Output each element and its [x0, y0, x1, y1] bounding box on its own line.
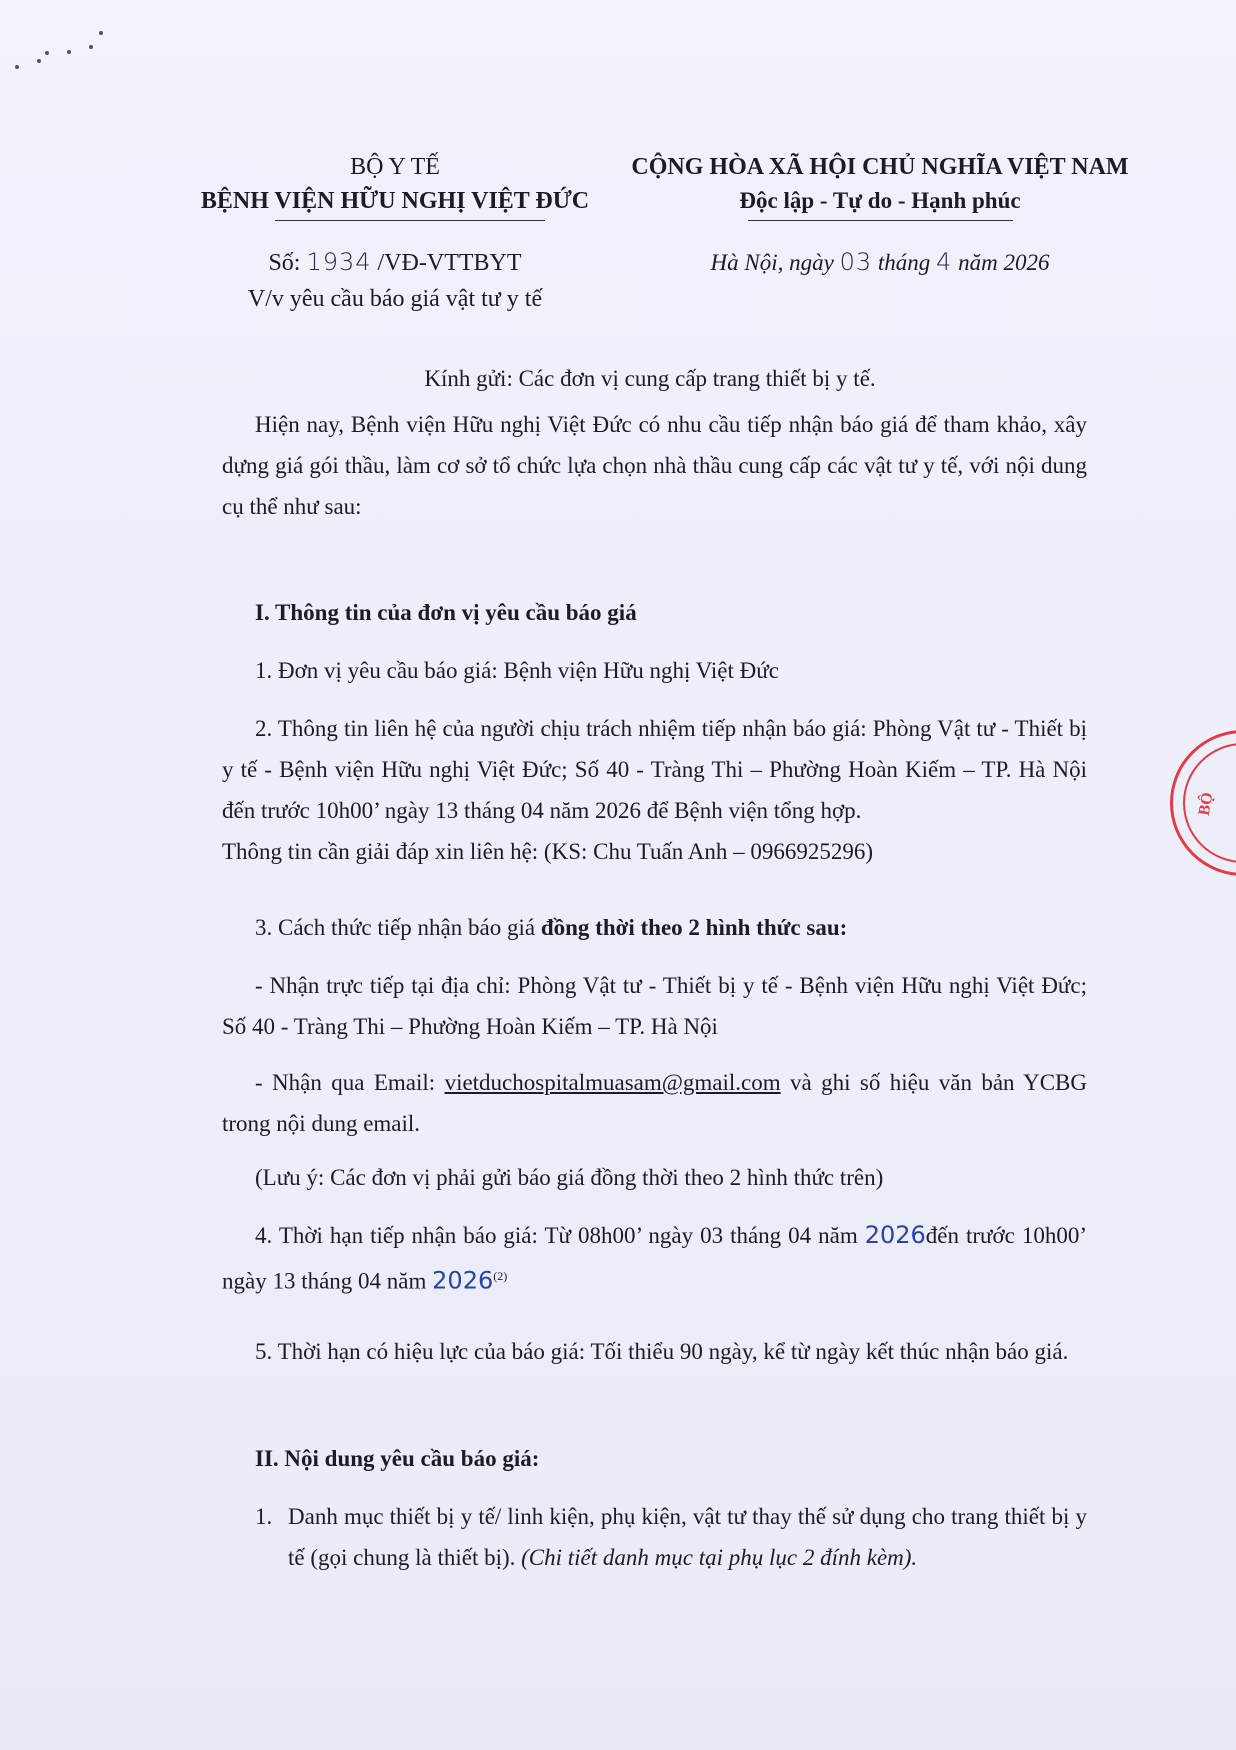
ministry-name: BỘ Y TẾ	[180, 150, 610, 184]
section-1-item-1: 1. Đơn vị yêu cầu báo giá: Bệnh viện Hữu…	[222, 650, 1087, 691]
item-number: 1.	[255, 1496, 272, 1537]
national-motto: Độc lập - Tự do - Hạnh phúc	[615, 184, 1145, 218]
direct-delivery: - Nhận trực tiếp tại địa chỉ: Phòng Vật …	[222, 965, 1087, 1047]
note: (Lưu ý: Các đơn vị phải gửi báo giá đồng…	[222, 1157, 1087, 1198]
email-link[interactable]: vietduchospitalmuasam@gmail.com	[445, 1070, 781, 1095]
email-delivery: - Nhận qua Email: vietduchospitalmuasam@…	[222, 1062, 1087, 1144]
section-1-item-2: 2. Thông tin liên hệ của người chịu trác…	[222, 708, 1087, 831]
section-1-item-5: 5. Thời hạn có hiệu lực của báo giá: Tối…	[222, 1331, 1087, 1372]
date-month-label: tháng	[878, 250, 930, 275]
number-label: Số:	[268, 250, 300, 276]
item-4-start: 4. Thời hạn tiếp nhận báo giá: Từ 08h00’…	[255, 1223, 865, 1248]
section-2: II. Nội dung yêu cầu báo giá:	[222, 1438, 1087, 1479]
email-prefix: - Nhận qua Email:	[255, 1070, 445, 1095]
contact-line: Thông tin cần giải đáp xin liên hệ: (KS:…	[222, 831, 1087, 872]
country-name: CỘNG HÒA XÃ HỘI CHỦ NGHĨA VIỆT NAM	[615, 150, 1145, 184]
item-3-bold: đồng thời theo 2 hình thức sau:	[541, 915, 847, 940]
hospital-name: BỆNH VIỆN HỮU NGHỊ VIỆT ĐỨC	[180, 184, 610, 218]
issuer-block: BỘ Y TẾ BỆNH VIỆN HỮU NGHỊ VIỆT ĐỨC	[180, 150, 610, 221]
item-3-prefix: 3. Cách thức tiếp nhận báo giá	[255, 915, 541, 940]
section-1-item-1-wrap: 1. Đơn vị yêu cầu báo giá: Bệnh viện Hữu…	[222, 650, 1087, 691]
seal-text: BỘ	[1196, 791, 1218, 817]
intro-paragraph: Hiện nay, Bệnh viện Hữu nghị Việt Đức có…	[222, 404, 1087, 527]
official-seal: BỘ	[1170, 730, 1236, 876]
item-italic-note: (Chi tiết danh mục tại phụ lục 2 đính kè…	[521, 1545, 917, 1570]
divider	[748, 220, 1013, 221]
document-number: Số: 1934 /VĐ-VTTBYT	[180, 245, 610, 280]
section-1-item-3-wrap: 3. Cách thức tiếp nhận báo giá đồng thời…	[222, 907, 1087, 948]
note-wrap: (Lưu ý: Các đơn vị phải gửi báo giá đồng…	[222, 1157, 1087, 1198]
divider	[275, 220, 545, 221]
number-suffix: /VĐ-VTTBYT	[378, 250, 522, 276]
section-1-heading: I. Thông tin của đơn vị yêu cầu báo giá	[222, 592, 1087, 633]
date-prefix: Hà Nội, ngày	[711, 250, 834, 275]
document-subject: V/v yêu cầu báo giá vật tư y tế	[180, 282, 610, 316]
greeting: Kính gửi: Các đơn vị cung cấp trang thiế…	[200, 362, 1100, 396]
document-date: Hà Nội, ngày 03 tháng 4 năm 2026	[615, 245, 1145, 280]
section-1-item-4: 4. Thời hạn tiếp nhận báo giá: Từ 08h00’…	[222, 1215, 1087, 1302]
document-page: BỘ Y TẾ BỆNH VIỆN HỮU NGHỊ VIỆT ĐỨC CỘNG…	[0, 0, 1236, 1750]
section-2-item-1: 1. Danh mục thiết bị y tế/ linh kiện, ph…	[222, 1496, 1087, 1578]
email-delivery-wrap: - Nhận qua Email: vietduchospitalmuasam@…	[222, 1062, 1087, 1144]
section-1-item-3: 3. Cách thức tiếp nhận báo giá đồng thời…	[222, 907, 1087, 948]
section-1-item-2-wrap: 2. Thông tin liên hệ của người chịu trác…	[222, 708, 1087, 872]
handwritten-year: 2026	[432, 1267, 493, 1295]
date-year: năm 2026	[958, 250, 1049, 275]
scan-specks	[15, 25, 105, 75]
section-1: I. Thông tin của đơn vị yêu cầu báo giá	[222, 592, 1087, 633]
document-body: Hiện nay, Bệnh viện Hữu nghị Việt Đức có…	[222, 404, 1087, 527]
section-2-heading: II. Nội dung yêu cầu báo giá:	[222, 1438, 1087, 1479]
handwritten-year: 2026	[865, 1221, 926, 1249]
date-day: 03	[840, 248, 873, 276]
footnote-ref: (2)	[493, 1269, 507, 1283]
number-handwritten: 1934	[306, 248, 371, 276]
section-1-item-4-wrap: 4. Thời hạn tiếp nhận báo giá: Từ 08h00’…	[222, 1215, 1087, 1302]
direct-delivery-wrap: - Nhận trực tiếp tại địa chỉ: Phòng Vật …	[222, 965, 1087, 1047]
national-header: CỘNG HÒA XÃ HỘI CHỦ NGHĨA VIỆT NAM Độc l…	[615, 150, 1145, 221]
section-2-item-1-text: Danh mục thiết bị y tế/ linh kiện, phụ k…	[288, 1496, 1087, 1578]
section-1-item-5-wrap: 5. Thời hạn có hiệu lực của báo giá: Tối…	[222, 1331, 1087, 1372]
date-month: 4	[936, 248, 952, 276]
